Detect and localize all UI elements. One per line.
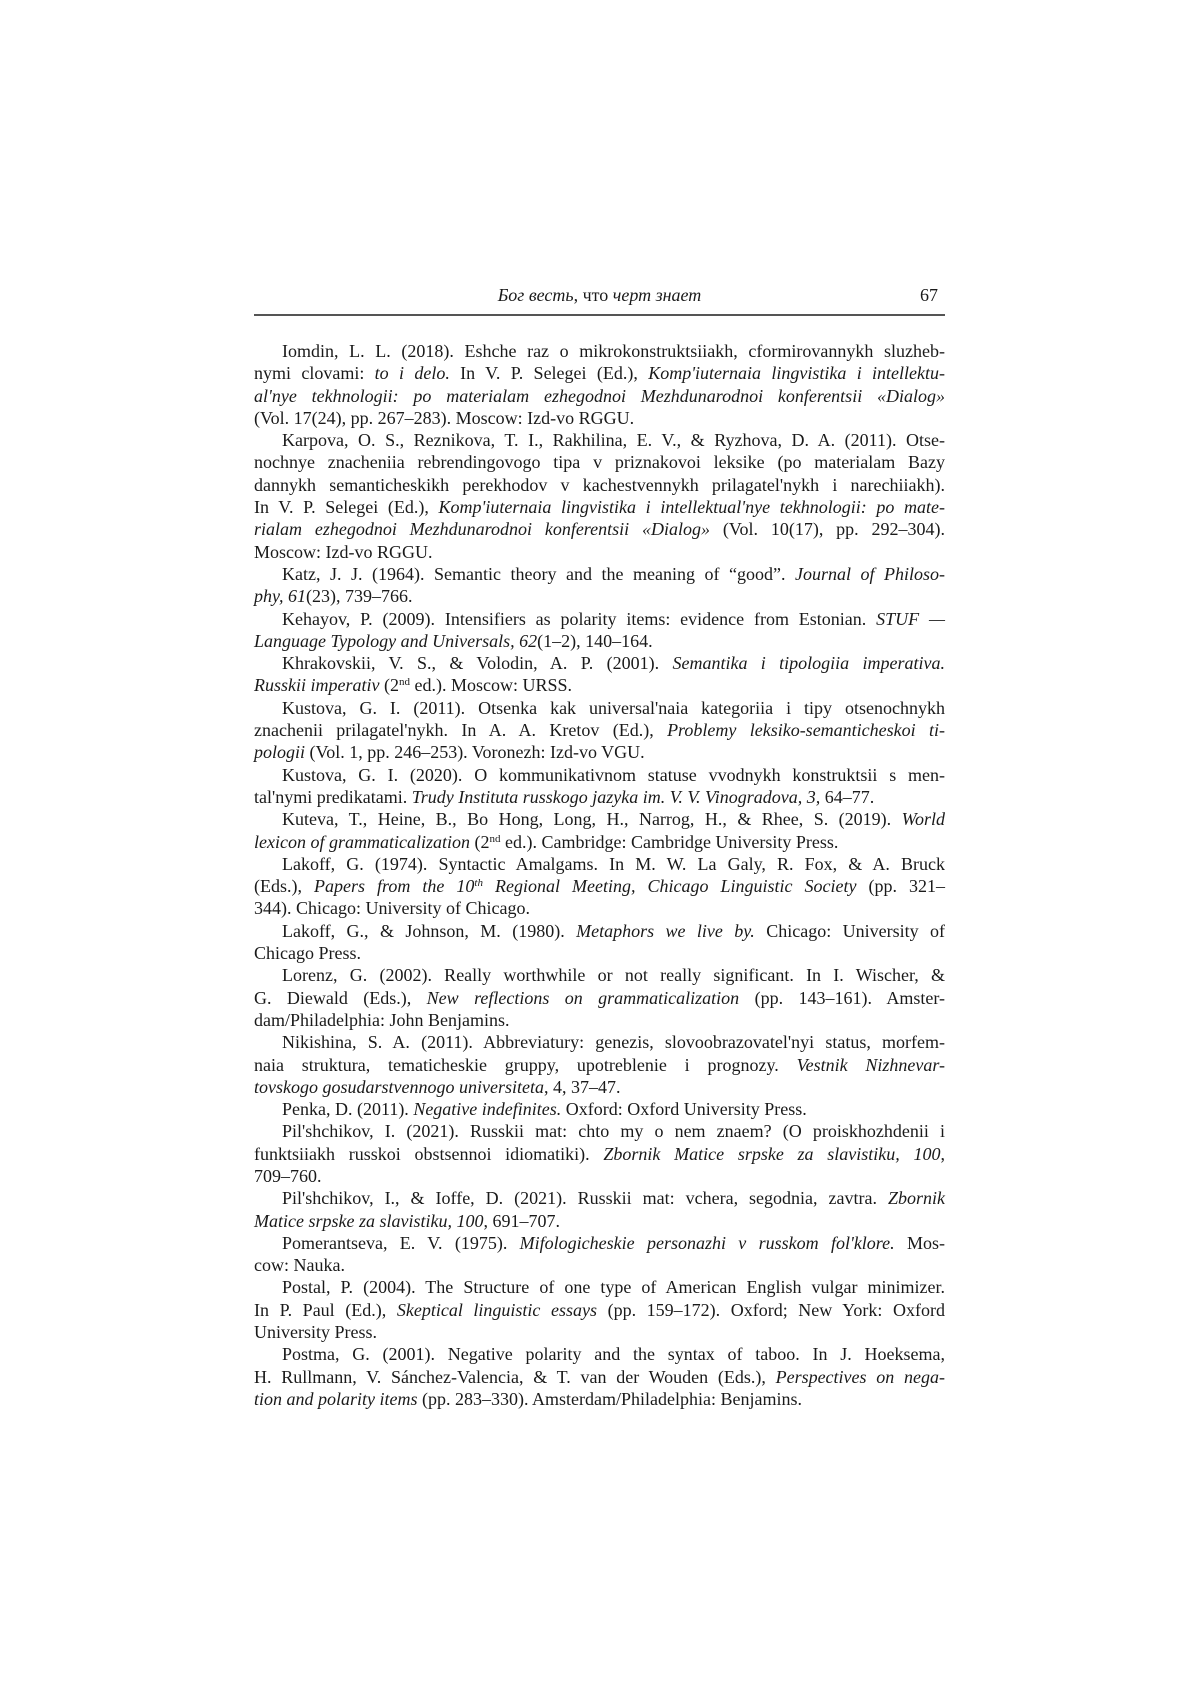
reference-line: tion and polarity items (pp. 283–330). A…: [254, 1388, 945, 1410]
reference-line: In V. P. Selegei (Ed.), Komp'iuternaia l…: [254, 496, 945, 518]
reference-line: G. Diewald (Eds.), New reflections on gr…: [254, 987, 945, 1009]
reference-line: Pil'shchikov, I. (2021). Russkii mat: ch…: [254, 1120, 945, 1142]
reference-line: Karpova, O. S., Reznikova, T. I., Rakhil…: [254, 429, 945, 451]
reference-entry: Kustova, G. I. (2020). O kommunikativnom…: [254, 764, 945, 809]
reference-entry: Pil'shchikov, I., & Ioffe, D. (2021). Ru…: [254, 1187, 945, 1232]
text: In V. P. Selegei (Ed.),: [450, 363, 648, 383]
reference-line: rialam ezhegodnoi Mezhdunarodnoi konfere…: [254, 518, 945, 540]
text: Kustova, G. I. (2020). O kommunikativnom…: [282, 765, 945, 785]
italic-text: tovskogo gosudarstvennogo universiteta: [254, 1077, 544, 1097]
italic-text: lexicon of grammaticalization: [254, 832, 470, 852]
text: Lakoff, G. (1974). Syntactic Amalgams. I…: [282, 854, 945, 874]
reference-line: (Vol. 17(24), pp. 267–283). Moscow: Izd-…: [254, 407, 945, 429]
text: G. Diewald (Eds.),: [254, 988, 427, 1008]
reference-entry: Nikishina, S. A. (2011). Abbreviatury: g…: [254, 1031, 945, 1098]
reference-line: Iomdin, L. L. (2018). Eshche raz o mikro…: [254, 340, 945, 362]
page-number: 67: [920, 284, 938, 306]
text: ed.). Moscow: URSS.: [410, 675, 572, 695]
text: Pil'shchikov, I., & Ioffe, D. (2021). Ru…: [282, 1188, 888, 1208]
text: naia struktura, tematicheskie gruppy, up…: [254, 1055, 797, 1075]
reference-entry: Pomerantseva, E. V. (1975). Mifologiches…: [254, 1232, 945, 1277]
reference-line: nochnye znacheniia rebrendingovogo tipa …: [254, 451, 945, 473]
reference-entry: Lakoff, G., & Johnson, M. (1980). Metaph…: [254, 920, 945, 965]
reference-line: Kehayov, P. (2009). Intensifiers as pola…: [254, 608, 945, 630]
reference-entry: Kehayov, P. (2009). Intensifiers as pola…: [254, 608, 945, 653]
italic-text: World: [902, 809, 945, 829]
text: (Eds.),: [254, 876, 314, 896]
italic-text: Papers from the 10: [314, 876, 474, 896]
reference-line: In P. Paul (Ed.), Skeptical linguistic e…: [254, 1299, 945, 1321]
text: Chicago: University of: [755, 921, 945, 941]
text: (Vol. 10(17), pp. 292–304).: [710, 519, 945, 539]
reference-line: Postma, G. (2001). Negative polarity and…: [254, 1343, 945, 1365]
text: (pp. 321–: [856, 876, 945, 896]
italic-text: Language Typology and Universals, 62: [254, 631, 537, 651]
reference-entry: Kustova, G. I. (2011). Otsenka kak unive…: [254, 697, 945, 764]
text: tal'nymi predikatami.: [254, 787, 412, 807]
reference-line: Chicago Press.: [254, 942, 945, 964]
text: nochnye znacheniia rebrendingovogo tipa …: [254, 452, 945, 472]
reference-line: Penka, D. (2011). Negative indefinites. …: [254, 1098, 945, 1120]
text: cow: Nauka.: [254, 1255, 345, 1275]
reference-line: naia struktura, tematicheskie gruppy, up…: [254, 1054, 945, 1076]
italic-text: STUF —: [876, 609, 945, 629]
italic-text: Komp'iuternaia lingvistika i intellektua…: [439, 497, 945, 517]
text: (Vol. 1, pp. 246–253). Voronezh: Izd-vo …: [305, 742, 645, 762]
running-title-part: Бог весть: [498, 285, 574, 305]
reference-entry: Postal, P. (2004). The Structure of one …: [254, 1276, 945, 1343]
reference-line: phy, 61(23), 739–766.: [254, 585, 945, 607]
text: University Press.: [254, 1322, 377, 1342]
text: In V. P. Selegei (Ed.),: [254, 497, 439, 517]
reference-line: Kuteva, T., Heine, B., Bo Hong, Long, H.…: [254, 808, 945, 830]
reference-line: Katz, J. J. (1964). Semantic theory and …: [254, 563, 945, 585]
text: znachenii prilagatel'nykh. In A. A. Kret…: [254, 720, 667, 740]
reference-entry: Lakoff, G. (1974). Syntactic Amalgams. I…: [254, 853, 945, 920]
reference-line: tovskogo gosudarstvennogo universiteta, …: [254, 1076, 945, 1098]
text: (pp. 143–161). Amster-: [739, 988, 945, 1008]
text: Kehayov, P. (2009). Intensifiers as pola…: [282, 609, 876, 629]
text: 64–77.: [820, 787, 874, 807]
text: nymi clovami:: [254, 363, 375, 383]
running-header: Бог весть, что черт знает 67: [254, 284, 945, 316]
reference-line: nymi clovami: to i delo. In V. P. Selege…: [254, 362, 945, 384]
reference-line: 344). Chicago: University of Chicago.: [254, 897, 945, 919]
text: H. Rullmann, V. Sánchez-Valencia, & T. v…: [254, 1367, 776, 1387]
reference-line: Lakoff, G., & Johnson, M. (1980). Metaph…: [254, 920, 945, 942]
italic-text: Problemy leksiko-semanticheskoi ti-: [667, 720, 945, 740]
reference-line: dannykh semanticheskikh perekhodov v kac…: [254, 474, 945, 496]
text: Pil'shchikov, I. (2021). Russkii mat: ch…: [282, 1121, 945, 1141]
text: , 691–707.: [483, 1211, 560, 1231]
text: (Vol. 17(24), pp. 267–283). Moscow: Izd-…: [254, 408, 634, 428]
reference-line: Postal, P. (2004). The Structure of one …: [254, 1276, 945, 1298]
reference-line: Language Typology and Universals, 62(1–2…: [254, 630, 945, 652]
text: Postma, G. (2001). Negative polarity and…: [282, 1344, 945, 1364]
italic-text: Komp'iuternaia lingvistika i intellektu-: [648, 363, 945, 383]
text: Lorenz, G. (2002). Really worthwhile or …: [282, 965, 945, 985]
italic-text: New reflections on grammaticalization: [427, 988, 740, 1008]
italic-text: Zbornik: [888, 1188, 945, 1208]
text: 709–760.: [254, 1166, 322, 1186]
reference-line: znachenii prilagatel'nykh. In A. A. Kret…: [254, 719, 945, 741]
text: Pomerantseva, E. V. (1975).: [282, 1233, 520, 1253]
italic-text: pologii: [254, 742, 305, 762]
text: (23), 739–766.: [306, 586, 413, 606]
reference-line: (Eds.), Papers from the 10th Regional Me…: [254, 875, 945, 897]
reference-entry: Lorenz, G. (2002). Really worthwhile or …: [254, 964, 945, 1031]
reference-line: Russkii imperativ (2nd ed.). Moscow: URS…: [254, 674, 945, 696]
text: 344). Chicago: University of Chicago.: [254, 898, 530, 918]
italic-text: Semantika i tipologiia imperativa.: [672, 653, 945, 673]
text: (pp. 159–172). Oxford; New York: Oxford: [597, 1300, 945, 1320]
reference-entry: Karpova, O. S., Reznikova, T. I., Rakhil…: [254, 429, 945, 563]
text: Penka, D. (2011).: [282, 1099, 413, 1119]
italic-text: Vestnik Nizhnevar-: [797, 1055, 945, 1075]
text: (pp. 283–330). Amsterdam/Philadelphia: B…: [418, 1389, 802, 1409]
reference-line: Lakoff, G. (1974). Syntactic Amalgams. I…: [254, 853, 945, 875]
italic-text: rialam ezhegodnoi Mezhdunarodnoi konfere…: [254, 519, 710, 539]
reference-line: H. Rullmann, V. Sánchez-Valencia, & T. v…: [254, 1366, 945, 1388]
reference-list: Iomdin, L. L. (2018). Eshche raz o mikro…: [254, 340, 945, 1410]
italic-text: Journal of Philoso-: [795, 564, 945, 584]
reference-line: University Press.: [254, 1321, 945, 1343]
reference-line: Moscow: Izd-vo RGGU.: [254, 541, 945, 563]
text: Postal, P. (2004). The Structure of one …: [282, 1277, 945, 1297]
reference-line: Kustova, G. I. (2020). O kommunikativnom…: [254, 764, 945, 786]
reference-entry: Pil'shchikov, I. (2021). Russkii mat: ch…: [254, 1120, 945, 1187]
italic-text: Russkii imperativ: [254, 675, 379, 695]
reference-line: Lorenz, G. (2002). Really worthwhile or …: [254, 964, 945, 986]
reference-line: Pil'shchikov, I., & Ioffe, D. (2021). Ru…: [254, 1187, 945, 1209]
reference-line: dam/Philadelphia: John Benjamins.: [254, 1009, 945, 1031]
text: Kuteva, T., Heine, B., Bo Hong, Long, H.…: [282, 809, 902, 829]
text: ed.). Cambridge: Cambridge University Pr…: [500, 832, 838, 852]
superscript: nd: [489, 833, 500, 845]
superscript: nd: [399, 676, 410, 688]
reference-line: Pomerantseva, E. V. (1975). Mifologiches…: [254, 1232, 945, 1254]
text: funktsiiakh russkoi obstsennoi idiomatik…: [254, 1144, 603, 1164]
text: Moscow: Izd-vo RGGU.: [254, 542, 432, 562]
reference-entry: Penka, D. (2011). Negative indefinites. …: [254, 1098, 945, 1120]
italic-text: Metaphors we live by.: [576, 921, 755, 941]
italic-text: phy, 61: [254, 586, 306, 606]
text: Khrakovskii, V. S., & Volodin, A. P. (20…: [282, 653, 672, 673]
text: Lakoff, G., & Johnson, M. (1980).: [282, 921, 576, 941]
reference-line: cow: Nauka.: [254, 1254, 945, 1276]
text: Mos-: [895, 1233, 945, 1253]
italic-text: Zbornik Matice srpske za slavistiku, 100: [603, 1144, 940, 1164]
reference-line: Matice srpske za slavistiku, 100, 691–70…: [254, 1210, 945, 1232]
italic-text: Negative indefinites.: [413, 1099, 561, 1119]
reference-line: Khrakovskii, V. S., & Volodin, A. P. (20…: [254, 652, 945, 674]
text: (2: [470, 832, 490, 852]
running-title-part: черт знает: [613, 285, 702, 305]
running-title: Бог весть, что черт знает: [254, 284, 945, 306]
italic-text: Perspectives on nega-: [776, 1367, 945, 1387]
italic-text: al'nye tekhnologii: po materialam ezhego…: [254, 386, 945, 406]
text: dannykh semanticheskikh perekhodov v kac…: [254, 475, 945, 495]
text: (1–2), 140–164.: [537, 631, 653, 651]
reference-line: Kustova, G. I. (2011). Otsenka kak unive…: [254, 697, 945, 719]
reference-entry: Khrakovskii, V. S., & Volodin, A. P. (20…: [254, 652, 945, 697]
italic-text: Mifologicheskie personazhi v russkom fol…: [520, 1233, 895, 1253]
reference-line: pologii (Vol. 1, pp. 246–253). Voronezh:…: [254, 741, 945, 763]
italic-text: tion and polarity items: [254, 1389, 418, 1409]
italic-text: Skeptical linguistic essays: [397, 1300, 597, 1320]
text: Chicago Press.: [254, 943, 361, 963]
text: dam/Philadelphia: John Benjamins.: [254, 1010, 509, 1030]
reference-entry: Katz, J. J. (1964). Semantic theory and …: [254, 563, 945, 608]
text: (2: [379, 675, 399, 695]
italic-text: to i delo.: [375, 363, 450, 383]
running-title-part: , что: [574, 285, 613, 305]
text: In P. Paul (Ed.),: [254, 1300, 397, 1320]
reference-line: al'nye tekhnologii: po materialam ezhego…: [254, 385, 945, 407]
italic-text: Matice srpske za slavistiku, 100: [254, 1211, 483, 1231]
italic-text: Regional Meeting, Chicago Linguistic Soc…: [483, 876, 857, 896]
italic-text: Trudy Instituta russkogo jazyka im. V. V…: [412, 787, 821, 807]
reference-line: lexicon of grammaticalization (2nd ed.).…: [254, 831, 945, 853]
reference-line: funktsiiakh russkoi obstsennoi idiomatik…: [254, 1143, 945, 1165]
text: Karpova, O. S., Reznikova, T. I., Rakhil…: [282, 430, 945, 450]
reference-entry: Iomdin, L. L. (2018). Eshche raz o mikro…: [254, 340, 945, 429]
text: , 4, 37–47.: [544, 1077, 621, 1097]
text: Katz, J. J. (1964). Semantic theory and …: [282, 564, 795, 584]
italic-text: th: [474, 877, 483, 889]
text: Nikishina, S. A. (2011). Abbreviatury: g…: [282, 1032, 945, 1052]
text: Oxford: Oxford University Press.: [561, 1099, 806, 1119]
reference-entry: Kuteva, T., Heine, B., Bo Hong, Long, H.…: [254, 808, 945, 853]
reference-entry: Postma, G. (2001). Negative polarity and…: [254, 1343, 945, 1410]
text: Iomdin, L. L. (2018). Eshche raz o mikro…: [282, 341, 945, 361]
text: ,: [940, 1144, 945, 1164]
reference-line: Nikishina, S. A. (2011). Abbreviatury: g…: [254, 1031, 945, 1053]
reference-line: 709–760.: [254, 1165, 945, 1187]
text: Kustova, G. I. (2011). Otsenka kak unive…: [282, 698, 945, 718]
reference-line: tal'nymi predikatami. Trudy Instituta ru…: [254, 786, 945, 808]
